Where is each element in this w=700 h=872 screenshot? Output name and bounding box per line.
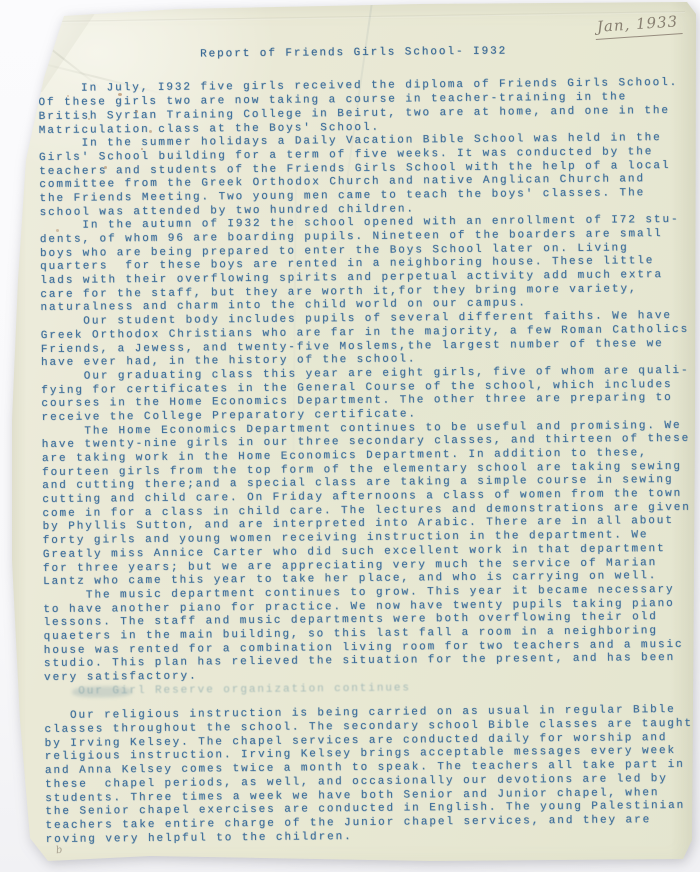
paper-surface: Jan, 1933 Report of Friends Girls School… [0,0,700,872]
paragraph: In July, I932 five girls received the di… [38,77,698,138]
paper-sheet: Jan, 1933 Report of Friends Girls School… [0,0,700,872]
screenshot-root: { "annotation": { "text": "Jan, 1933" },… [0,0,700,872]
typewritten-text: Report of Friends Girls School- I932 In … [38,44,700,848]
paragraph: The Home Economics Department continues … [42,419,700,590]
paragraph: The music department continues to grow. … [43,584,700,686]
paragraph: In the autumn of I932 the school opened … [40,214,700,316]
paragraph: In the summer holidays a Daily Vacation … [39,132,700,220]
paragraph: Our graduating class this year are eight… [41,365,700,426]
paragraph: Our student body includes pupils of seve… [41,310,700,371]
scan-background: Jan, 1933 Report of Friends Girls School… [0,0,700,872]
paragraph: Our religious instruction is being carri… [44,704,700,847]
pencil-mark: b [55,845,63,857]
paragraphs: In July, I932 five girls received the di… [38,77,700,847]
